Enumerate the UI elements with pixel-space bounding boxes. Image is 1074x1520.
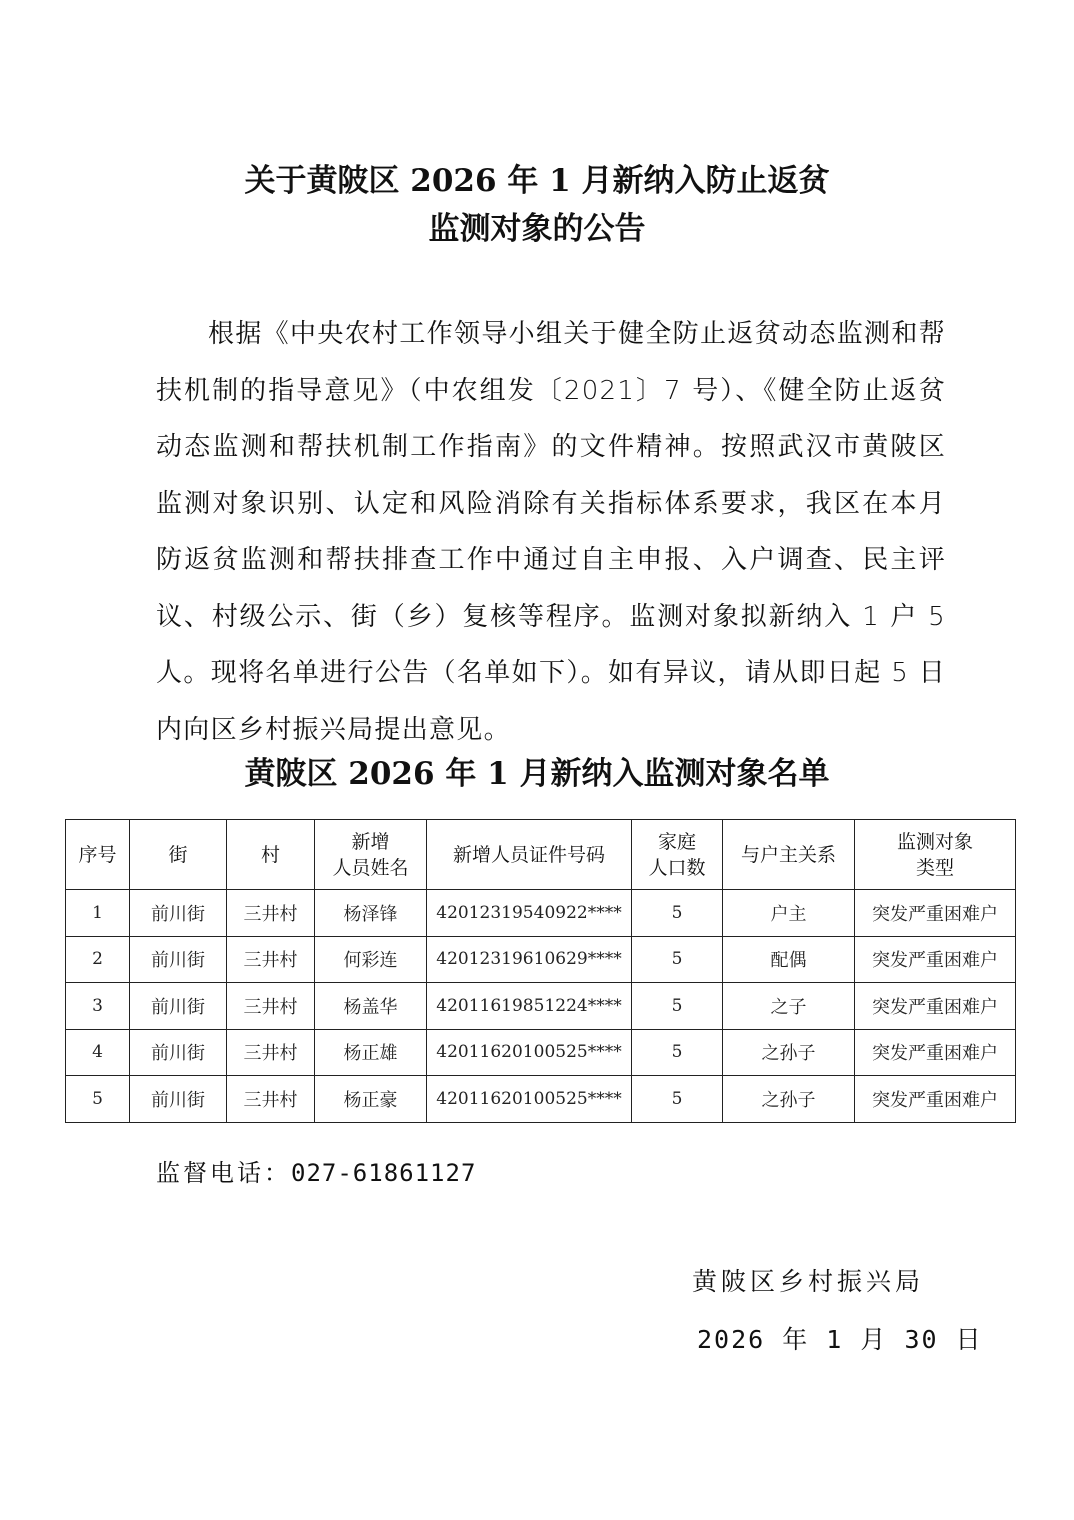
cell-village: 三井村	[227, 983, 315, 1030]
header-household-size: 家庭人口数	[632, 820, 723, 890]
cell-id-number: 42012319610629****	[427, 936, 632, 983]
table-row: 5 前川街 三井村 杨正豪 42011620100525**** 5 之孙子 突…	[66, 1076, 1016, 1123]
cell-type: 突发严重困难户	[855, 1029, 1016, 1076]
cell-household-size: 5	[632, 890, 723, 937]
cell-household-size: 5	[632, 936, 723, 983]
cell-name: 杨正雄	[315, 1029, 427, 1076]
cell-id-number: 42011619851224****	[427, 983, 632, 1030]
header-type: 监测对象类型	[855, 820, 1016, 890]
table-row: 1 前川街 三井村 杨泽锋 42012319540922**** 5 户主 突发…	[66, 890, 1016, 937]
cell-relation: 之子	[723, 983, 855, 1030]
cell-relation: 户主	[723, 890, 855, 937]
table-row: 4 前川街 三井村 杨正雄 42011620100525**** 5 之孙子 突…	[66, 1029, 1016, 1076]
cell-index: 4	[66, 1029, 130, 1076]
cell-village: 三井村	[227, 1029, 315, 1076]
cell-village: 三井村	[227, 936, 315, 983]
cell-name: 何彩连	[315, 936, 427, 983]
cell-household-size: 5	[632, 1076, 723, 1123]
header-name: 新增人员姓名	[315, 820, 427, 890]
issuer-signature: 黄陂区乡村振兴局	[692, 1262, 924, 1298]
table-title: 黄陂区 2026 年 1 月新纳入监测对象名单	[0, 755, 1074, 793]
cell-type: 突发严重困难户	[855, 936, 1016, 983]
cell-name: 杨盖华	[315, 983, 427, 1030]
cell-type: 突发严重困难户	[855, 1076, 1016, 1123]
notice-title-line2: 监测对象的公告	[0, 210, 1074, 248]
cell-name: 杨泽锋	[315, 890, 427, 937]
notice-body-paragraph: 根据《中央农村工作领导小组关于健全防止返贫动态监测和帮扶机制的指导意见》（中农组…	[156, 306, 946, 758]
cell-street: 前川街	[130, 936, 227, 983]
cell-id-number: 42012319540922****	[427, 890, 632, 937]
monitoring-roster-table: 序号 街 村 新增人员姓名 新增人员证件号码 家庭人口数 与户主关系 监测对象类…	[65, 819, 1016, 1123]
cell-relation: 配偶	[723, 936, 855, 983]
cell-village: 三井村	[227, 1076, 315, 1123]
cell-street: 前川街	[130, 1029, 227, 1076]
cell-index: 5	[66, 1076, 130, 1123]
cell-type: 突发严重困难户	[855, 983, 1016, 1030]
cell-index: 1	[66, 890, 130, 937]
cell-street: 前川街	[130, 983, 227, 1030]
header-index: 序号	[66, 820, 130, 890]
cell-household-size: 5	[632, 1029, 723, 1076]
cell-type: 突发严重困难户	[855, 890, 1016, 937]
cell-village: 三井村	[227, 890, 315, 937]
notice-body: 根据《中央农村工作领导小组关于健全防止返贫动态监测和帮扶机制的指导意见》（中农组…	[156, 306, 946, 758]
hotline-label: 监督电话：	[156, 1159, 291, 1187]
table-row: 3 前川街 三井村 杨盖华 42011619851224**** 5 之子 突发…	[66, 983, 1016, 1030]
cell-id-number: 42011620100525****	[427, 1029, 632, 1076]
cell-index: 2	[66, 936, 130, 983]
header-relation: 与户主关系	[723, 820, 855, 890]
cell-street: 前川街	[130, 890, 227, 937]
cell-relation: 之孙子	[723, 1029, 855, 1076]
header-street: 街	[130, 820, 227, 890]
cell-index: 3	[66, 983, 130, 1030]
cell-name: 杨正豪	[315, 1076, 427, 1123]
cell-household-size: 5	[632, 983, 723, 1030]
cell-street: 前川街	[130, 1076, 227, 1123]
cell-id-number: 42011620100525****	[427, 1076, 632, 1123]
issue-date: 2026 年 1 月 30 日	[697, 1320, 983, 1356]
table-row: 2 前川街 三井村 何彩连 42012319610629**** 5 配偶 突发…	[66, 936, 1016, 983]
table-header-row: 序号 街 村 新增人员姓名 新增人员证件号码 家庭人口数 与户主关系 监测对象类…	[66, 820, 1016, 890]
supervision-hotline: 监督电话：027-61861127	[156, 1153, 476, 1188]
hotline-number: 027-61861127	[291, 1159, 476, 1187]
cell-relation: 之孙子	[723, 1076, 855, 1123]
header-id-number: 新增人员证件号码	[427, 820, 632, 890]
notice-title-line1: 关于黄陂区 2026 年 1 月新纳入防止返贫	[0, 162, 1074, 200]
header-village: 村	[227, 820, 315, 890]
